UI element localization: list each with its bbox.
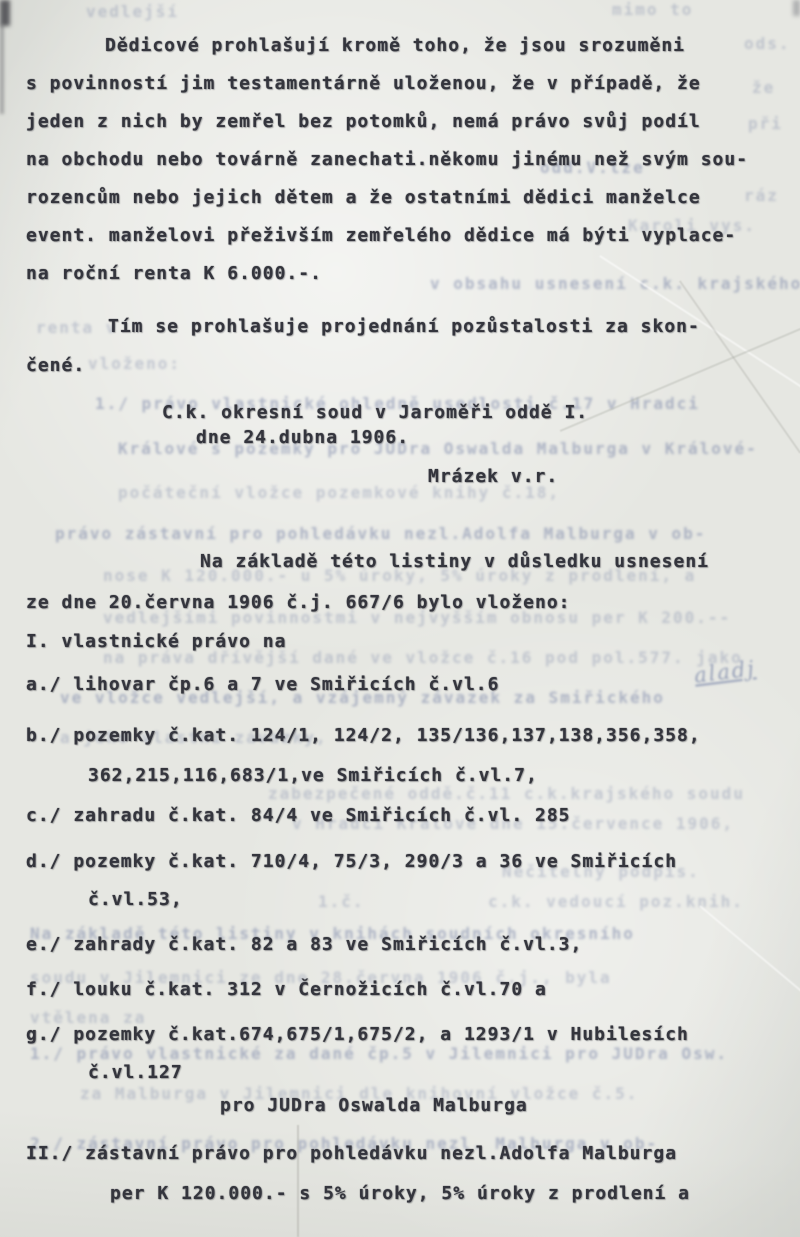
section-one-item-a: a./ lihovar čp.6 a 7 ve Smiřicích č.vl.6 bbox=[26, 676, 499, 694]
heirs-paragraph-line: event. manželovi přeživším zemřelého děd… bbox=[26, 227, 736, 245]
heirs-paragraph-line: na roční renta K 6.000.-. bbox=[26, 265, 322, 283]
section-one-item-d-cont: č.vl.53, bbox=[88, 891, 183, 909]
section-one-item-g: g./ pozemky č.kat.674,675/1,675/2, a 129… bbox=[26, 1026, 689, 1044]
section-one-item-b-cont: 362,215,116,683/1,ve Smiřicích č.vl.7, bbox=[88, 767, 538, 785]
bleedthrough-line: renta v bbox=[36, 320, 117, 336]
edge-stain bbox=[0, 24, 4, 114]
heirs-paragraph-line: jeden z nich by zemřel bez potomků, nemá… bbox=[26, 113, 701, 131]
bleedthrough-line: při bbox=[748, 116, 783, 132]
section-one-beneficiary: pro JUDra Oswalda Malburga bbox=[220, 1097, 528, 1115]
bleedthrough-line: 1./ právo vlastnické za dané čp.5 v Jile… bbox=[30, 1046, 728, 1062]
bleedthrough-line: 1.č. bbox=[318, 894, 365, 910]
entry-intro-line: ze dne 20.června 1906 č.j. 667/6 bylo vl… bbox=[26, 594, 571, 612]
crease-line bbox=[297, 1125, 299, 1237]
bleedthrough-line: vedlejší bbox=[86, 4, 179, 20]
bleedthrough-line: ráz bbox=[744, 188, 779, 204]
court-date-line: dne 24.dubna 1906. bbox=[196, 429, 409, 447]
entry-intro-line: Na základě této listiny v důsledku usnes… bbox=[200, 553, 709, 571]
section-one-item-c: c./ zahradu č.kat. 84/4 ve Smiřicích č.v… bbox=[26, 807, 571, 825]
bleedthrough-line: v obsahu usnesení c.k. krajského bbox=[430, 276, 800, 292]
bleedthrough-line: na práva dřívější dané ve vložce č.16 po… bbox=[103, 650, 743, 666]
heirs-paragraph-line: rozencům nebo jejich dětem a že ostatním… bbox=[26, 189, 701, 207]
edge-stain bbox=[0, 0, 10, 26]
section-one-item-e: e./ zahrady č.kat. 82 a 83 ve Smiřicích … bbox=[26, 936, 582, 954]
document-page: vedlejší mimo to ods. že při odd.V.lze r… bbox=[0, 0, 800, 1237]
bleedthrough-line: právo zástavní pro pohledávku nezl.Adolf… bbox=[55, 526, 706, 542]
section-one-item-f: f./ louku č.kat. 312 v Černožicích č.vl.… bbox=[26, 981, 547, 999]
heirs-paragraph-line: s povinností jim testamentárně uloženou,… bbox=[26, 75, 701, 93]
section-one-heading: I. vlastnické právo na bbox=[26, 633, 286, 651]
bleedthrough-line: zabezpečené oddě.č.11 c.k.krajského soud… bbox=[268, 786, 745, 802]
edge-stain bbox=[793, 0, 800, 16]
bleedthrough-line: že bbox=[752, 80, 775, 96]
bleedthrough-line: mimo to bbox=[612, 2, 693, 18]
section-one-item-b: b./ pozemky č.kat. 124/1, 124/2, 135/136… bbox=[26, 727, 701, 745]
closing-paragraph-line: čené. bbox=[26, 357, 85, 375]
court-signature: Mrázek v.r. bbox=[428, 468, 558, 486]
section-two-line-cont: per K 120.000.- s 5% úroky, 5% úroky z p… bbox=[110, 1185, 690, 1203]
bleedthrough-line: vloženo: bbox=[88, 356, 181, 372]
section-one-item-g-cont: č.vl.127 bbox=[88, 1064, 183, 1082]
heirs-paragraph-line: Dědicové prohlašují kromě toho, že jsou … bbox=[105, 37, 685, 55]
crease-line bbox=[700, 905, 800, 1048]
closing-paragraph-line: Tím se prohlašuje projednání pozůstalost… bbox=[108, 318, 700, 336]
section-one-item-d: d./ pozemky č.kat. 710/4, 75/3, 290/3 a … bbox=[26, 853, 677, 871]
court-name-line: C.k. okresní soud v Jaroměři oddě I. bbox=[162, 404, 588, 422]
crease-line bbox=[679, 280, 800, 453]
bleedthrough-line: c.k. vedoucí poz.knih. bbox=[488, 894, 744, 910]
heirs-paragraph-line: na obchodu nebo továrně zanechati.někomu… bbox=[26, 151, 748, 169]
bleedthrough-line: ods. bbox=[744, 36, 791, 52]
section-two-line: II./ zástavní právo pro pohledávku nezl.… bbox=[26, 1145, 677, 1163]
bleedthrough-line: počáteční vložce pozemkové knihy č.18, bbox=[118, 485, 560, 501]
